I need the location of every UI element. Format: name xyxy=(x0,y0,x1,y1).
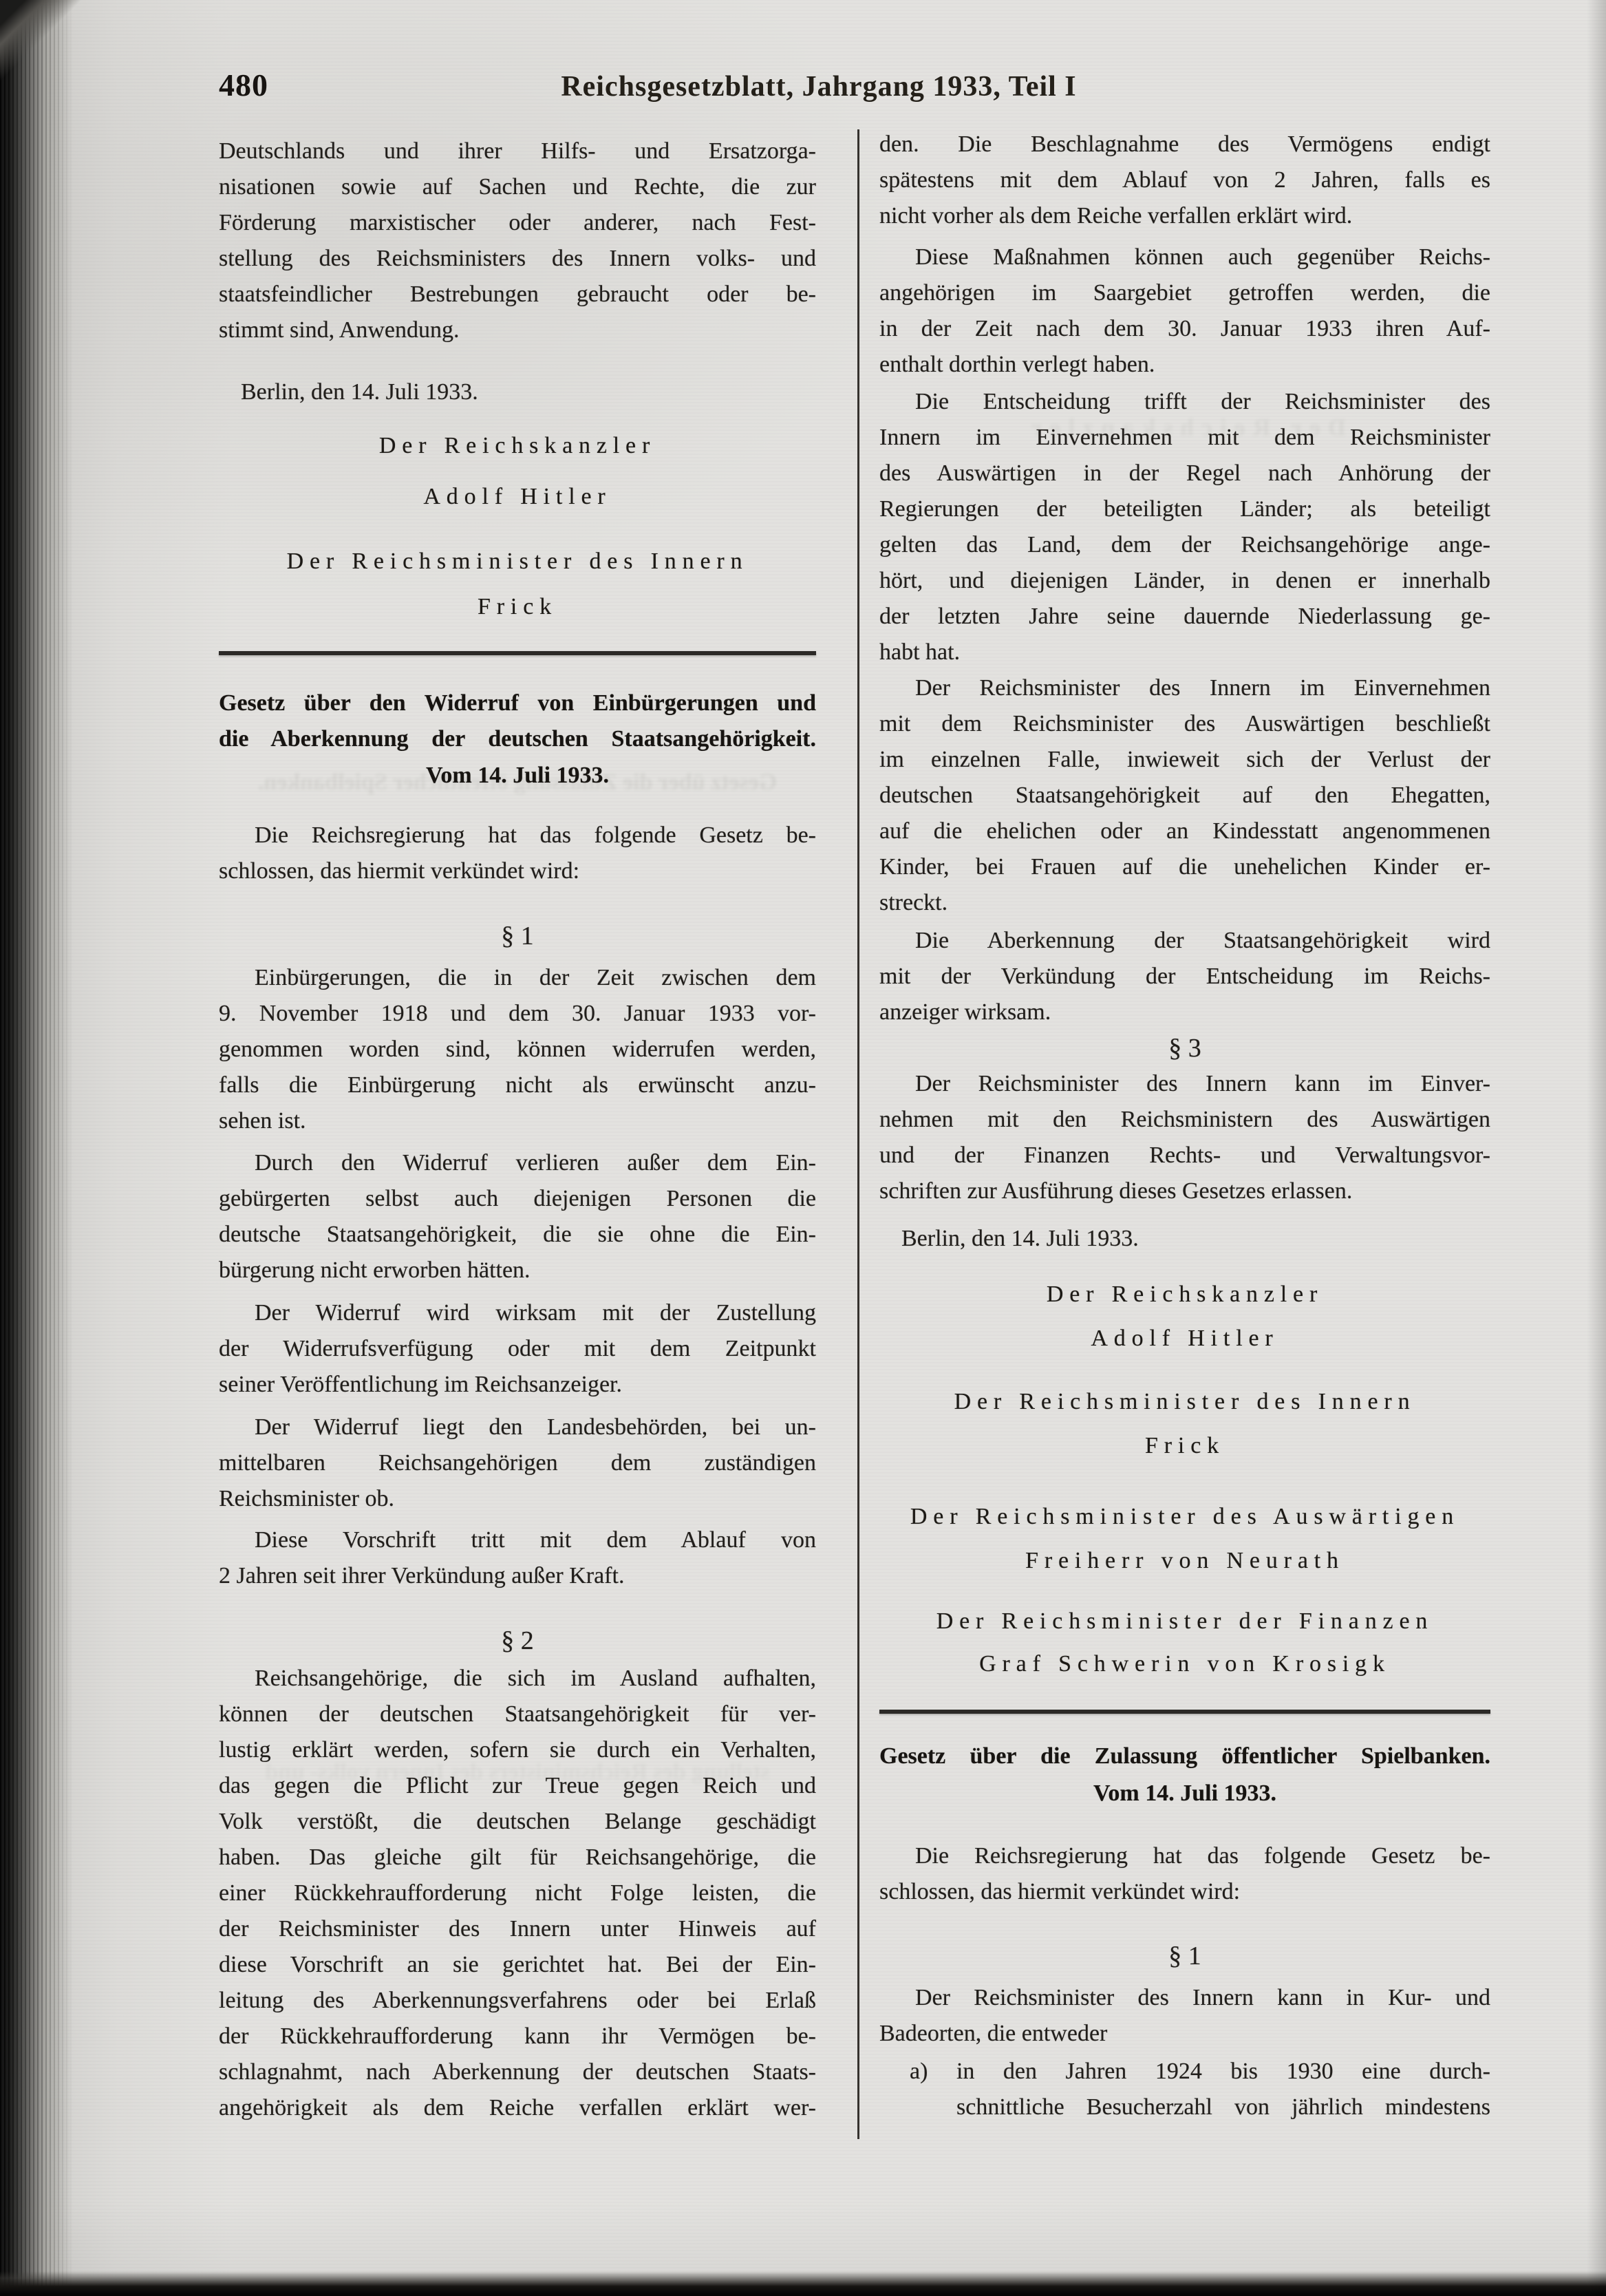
text-line: Gesetz über den Widerruf von Einbürgerun… xyxy=(219,685,816,721)
text-line: der Widerrufsverfügung oder mit dem Zeit… xyxy=(219,1331,816,1367)
text-line: genommen worden sind, können widerrufen … xyxy=(219,1032,816,1067)
text-line: Frick xyxy=(219,589,816,625)
text-line: Die Reichsregierung hat das folgende Ges… xyxy=(219,818,816,853)
para-block: den. Die Beschlagnahme des Vermögens end… xyxy=(879,127,1490,234)
text-line: Frick xyxy=(879,1428,1490,1464)
law-date-block: Vom 14. Juli 1933. xyxy=(879,1776,1490,1811)
text-line: die Aberkennung der deutschen Staatsange… xyxy=(219,721,816,757)
rule-block xyxy=(219,651,816,655)
scan-right-edge xyxy=(1587,0,1606,2296)
sig-title-block: Der Reichsminister des Innern xyxy=(219,544,816,580)
para-block: Der Reichsminister des Innern im Einvern… xyxy=(879,670,1490,921)
text-line: der Rückkehraufforderung kann ihr Vermög… xyxy=(219,2019,816,2054)
text-line: streckt. xyxy=(879,885,1490,921)
para-block: Die Reichsregierung hat das folgende Ges… xyxy=(219,818,816,889)
sig-title-block: Der Reichskanzler xyxy=(879,1277,1490,1312)
para-block: Der Reichsminister des Innern kann im Ei… xyxy=(879,1066,1490,1209)
text-line: und der Finanzen Rechts- und Verwaltungs… xyxy=(879,1138,1490,1173)
text-line: spätestens mit dem Ablauf von 2 Jahren, … xyxy=(879,162,1490,198)
text-line: stellung des Reichsministers des Innern … xyxy=(219,241,816,277)
para-block: Die Reichsregierung hat das folgende Ges… xyxy=(879,1838,1490,1910)
text-line: haben. Das gleiche gilt für Reichsangehö… xyxy=(219,1840,816,1875)
text-line: Berlin, den 14. Juli 1933. xyxy=(879,1221,1490,1257)
text-line: Graf Schwerin von Krosigk xyxy=(879,1646,1490,1682)
text-line: deutsche Staatsangehörigkeit, die sie oh… xyxy=(219,1217,816,1253)
text-line: Badeorten, die entweder xyxy=(879,2016,1490,2052)
section-block: § 1 xyxy=(879,1938,1490,1974)
text-line: schlossen, das hiermit verkündet wird: xyxy=(219,853,816,889)
text-line: gebürgerten selbst auch diejenigen Perso… xyxy=(219,1181,816,1217)
text-line: Durch den Widerruf verlieren außer dem E… xyxy=(219,1145,816,1181)
sig-name-block: Frick xyxy=(219,589,816,625)
section-block: § 1 xyxy=(219,918,816,954)
text-line: Volk verstößt, die deutschen Belange ges… xyxy=(219,1804,816,1840)
text-line: Diese Maßnahmen können auch gegenüber Re… xyxy=(879,240,1490,275)
para-block: Die Aberkennung der Staatsangehörigkeit … xyxy=(879,923,1490,1030)
sig-name-block: Graf Schwerin von Krosigk xyxy=(879,1646,1490,1682)
para-block: Der Widerruf liegt den Landesbehörden, b… xyxy=(219,1410,816,1517)
text-line: sehen ist. xyxy=(219,1103,816,1139)
dateline-block: Berlin, den 14. Juli 1933. xyxy=(219,374,816,410)
text-line: deutschen Staatsangehörigkeit auf den Eh… xyxy=(879,778,1490,814)
text-line: einer Rückkehraufforderung nicht Folge l… xyxy=(219,1875,816,1911)
text-line: Die Reichsregierung hat das folgende Ges… xyxy=(879,1838,1490,1874)
para-block: Der Reichsminister des Innern kann in Ku… xyxy=(879,1980,1490,2052)
text-line: Der Reichskanzler xyxy=(219,428,816,464)
law-title-block: Gesetz über den Widerruf von Einbürgerun… xyxy=(219,685,816,757)
text-line: in der Zeit nach dem 30. Januar 1933 ihr… xyxy=(879,311,1490,347)
sig-title-block: Der Reichsminister des Innern xyxy=(879,1384,1490,1420)
sig-title-block: Der Reichsminister der Finanzen xyxy=(879,1604,1490,1639)
text-line: Der Widerruf liegt den Landesbehörden, b… xyxy=(219,1410,816,1445)
column-divider-rule xyxy=(857,129,859,2139)
text-line: Kinder, bei Frauen auf die unehelichen K… xyxy=(879,849,1490,885)
rule-block xyxy=(879,1710,1490,1714)
para-block: Deutschlands und ihrer Hilfs- und Ersatz… xyxy=(219,134,816,348)
text-line: hört, und diejenigen Länder, in denen er… xyxy=(879,563,1490,599)
text-line: der letzten Jahre seine dauernde Niederl… xyxy=(879,599,1490,635)
text-line: § 3 xyxy=(879,1030,1490,1066)
text-line: Die Entscheidung trifft der Reichsminist… xyxy=(879,384,1490,420)
text-line: Der Reichsminister des Innern kann in Ku… xyxy=(879,1980,1490,2016)
text-line: im einzelnen Falle, inwieweit sich der V… xyxy=(879,742,1490,778)
sig-title-block: Der Reichskanzler xyxy=(219,428,816,464)
text-line: Der Widerruf wird wirksam mit der Zustel… xyxy=(219,1295,816,1331)
law-date-block: Vom 14. Juli 1933. xyxy=(219,758,816,794)
text-line: nicht vorher als dem Reiche verfallen er… xyxy=(879,198,1490,234)
text-line: § 2 xyxy=(219,1623,816,1659)
text-line: falls die Einbürgerung nicht als erwünsc… xyxy=(219,1067,816,1103)
text-line: Förderung marxistischer oder anderer, na… xyxy=(219,205,816,241)
text-line: Adolf Hitler xyxy=(219,479,816,515)
text-line: staatsfeindlicher Bestrebungen gebraucht… xyxy=(219,277,816,312)
para-block: Einbürgerungen, die in der Zeit zwischen… xyxy=(219,960,816,1139)
section-block: § 3 xyxy=(879,1030,1490,1066)
text-line: Reichsangehörige, die sich im Ausland au… xyxy=(219,1661,816,1697)
text-line: Der Reichskanzler xyxy=(879,1277,1490,1312)
law-title-block: Gesetz über die Zulassung öffentlicher S… xyxy=(879,1739,1490,1774)
sig-name-block: Frick xyxy=(879,1428,1490,1464)
text-line: schlagnahmt, nach Aberkennung der deutsc… xyxy=(219,2054,816,2090)
page-number: 480 xyxy=(219,66,268,105)
text-line: Regierungen der beteiligten Länder; als … xyxy=(879,491,1490,527)
text-line: den. Die Beschlagnahme des Vermögens end… xyxy=(879,127,1490,162)
para-block: Reichsangehörige, die sich im Ausland au… xyxy=(219,1661,816,2126)
text-line: nisationen sowie auf Sachen und Rechte, … xyxy=(219,169,816,205)
list-block: a) in den Jahren 1924 bis 1930 eine durc… xyxy=(879,2054,1490,2125)
text-line: 2 Jahren seit ihrer Verkündung außer Kra… xyxy=(219,1558,816,1594)
text-line: habt hat. xyxy=(879,635,1490,670)
para-block: Der Widerruf wird wirksam mit der Zustel… xyxy=(219,1295,816,1403)
text-line: enthalt dorthin verlegt haben. xyxy=(879,347,1490,383)
text-line: auf die ehelichen oder an Kindesstatt an… xyxy=(879,814,1490,849)
section-block: § 2 xyxy=(219,1623,816,1659)
text-line: Der Reichsminister des Innern xyxy=(879,1384,1490,1420)
text-line: Der Reichsminister des Innern im Einvern… xyxy=(879,670,1490,706)
text-line: nehmen mit den Reichsministern des Auswä… xyxy=(879,1102,1490,1138)
text-line: a) in den Jahren 1924 bis 1930 eine durc… xyxy=(879,2054,1490,2090)
text-line: Innern im Einvernehmen mit dem Reichsmin… xyxy=(879,420,1490,456)
text-line: § 1 xyxy=(219,918,816,954)
text-line: Der Reichsminister des Auswärtigen xyxy=(879,1499,1490,1535)
left-column: Deutschlands und ihrer Hilfs- und Ersatz… xyxy=(219,134,816,2126)
para-block: Diese Vorschrift tritt mit dem Ablauf vo… xyxy=(219,1522,816,1594)
book-gutter-edge xyxy=(0,0,77,2296)
text-line: Der Reichsminister des Innern xyxy=(219,544,816,580)
text-line: leitung des Aberkennungsverfahrens oder … xyxy=(219,1983,816,2019)
dateline-block: Berlin, den 14. Juli 1933. xyxy=(879,1221,1490,1257)
sig-name-block: Adolf Hitler xyxy=(219,479,816,515)
text-line: Gesetz über die Zulassung öffentlicher S… xyxy=(879,1739,1490,1774)
text-line: gelten das Land, dem der Reichsangehörig… xyxy=(879,527,1490,563)
scan-bottom-edge xyxy=(0,2271,1606,2296)
text-line: seiner Veröffentlichung im Reichsanzeige… xyxy=(219,1367,816,1403)
text-line: schriften zur Ausführung dieses Gesetzes… xyxy=(879,1173,1490,1209)
text-line: mit dem Reichsminister des Auswärtigen b… xyxy=(879,706,1490,742)
text-line: Der Reichsminister des Innern kann im Ei… xyxy=(879,1066,1490,1102)
text-line: Deutschlands und ihrer Hilfs- und Ersatz… xyxy=(219,134,816,169)
text-line: Einbürgerungen, die in der Zeit zwischen… xyxy=(219,960,816,996)
text-line: können der deutschen Staatsangehörigkeit… xyxy=(219,1697,816,1732)
text-line: Freiherr von Neurath xyxy=(879,1543,1490,1579)
text-line: der Reichsminister des Innern unter Hinw… xyxy=(219,1911,816,1947)
sig-title-block: Der Reichsminister des Auswärtigen xyxy=(879,1499,1490,1535)
text-line: § 1 xyxy=(879,1938,1490,1974)
text-line: schlossen, das hiermit verkündet wird: xyxy=(879,1874,1490,1910)
text-line: lustig erklärt werden, sofern sie durch … xyxy=(219,1732,816,1768)
text-line: schnittliche Besucherzahl von jährlich m… xyxy=(879,2090,1490,2125)
text-line: Adolf Hitler xyxy=(879,1321,1490,1357)
text-line: Der Reichsminister der Finanzen xyxy=(879,1604,1490,1639)
page-corner-shadow xyxy=(0,0,103,89)
sig-name-block: Adolf Hitler xyxy=(879,1321,1490,1357)
text-line: Vom 14. Juli 1933. xyxy=(219,758,816,794)
text-line: bürgerung nicht erworben hätten. xyxy=(219,1253,816,1288)
para-block: Durch den Widerruf verlieren außer dem E… xyxy=(219,1145,816,1288)
text-line: Diese Vorschrift tritt mit dem Ablauf vo… xyxy=(219,1522,816,1558)
para-block: Diese Maßnahmen können auch gegenüber Re… xyxy=(879,240,1490,383)
text-line: stimmt sind, Anwendung. xyxy=(219,312,816,348)
text-line: 9. November 1918 und dem 30. Januar 1933… xyxy=(219,996,816,1032)
text-line: Reichsminister ob. xyxy=(219,1481,816,1517)
text-line: mittelbaren Reichsangehörigen dem zustän… xyxy=(219,1445,816,1481)
text-line: mit der Verkündung der Entscheidung im R… xyxy=(879,959,1490,995)
scanned-page: 480 Reichsgesetzblatt, Jahrgang 1933, Te… xyxy=(0,0,1606,2296)
text-line: Vom 14. Juli 1933. xyxy=(879,1776,1490,1811)
text-line: diese Vorschrift an sie gerichtet hat. B… xyxy=(219,1947,816,1983)
text-line: Berlin, den 14. Juli 1933. xyxy=(219,374,816,410)
text-line: das gegen die Pflicht zur Treue gegen Re… xyxy=(219,1768,816,1804)
text-line: angehörigen im Saargebiet getroffen werd… xyxy=(879,275,1490,311)
text-line: Die Aberkennung der Staatsangehörigkeit … xyxy=(879,923,1490,959)
sig-name-block: Freiherr von Neurath xyxy=(879,1543,1490,1579)
right-column: den. Die Beschlagnahme des Vermögens end… xyxy=(879,127,1490,2125)
text-line: angehörigkeit als dem Reiche verfallen e… xyxy=(219,2090,816,2126)
text-line: des Auswärtigen in der Regel nach Anhöru… xyxy=(879,456,1490,491)
text-line: anzeiger wirksam. xyxy=(879,995,1490,1030)
page-header-title: Reichsgesetzblatt, Jahrgang 1933, Teil I xyxy=(482,67,1156,106)
para-block: Die Entscheidung trifft der Reichsminist… xyxy=(879,384,1490,670)
